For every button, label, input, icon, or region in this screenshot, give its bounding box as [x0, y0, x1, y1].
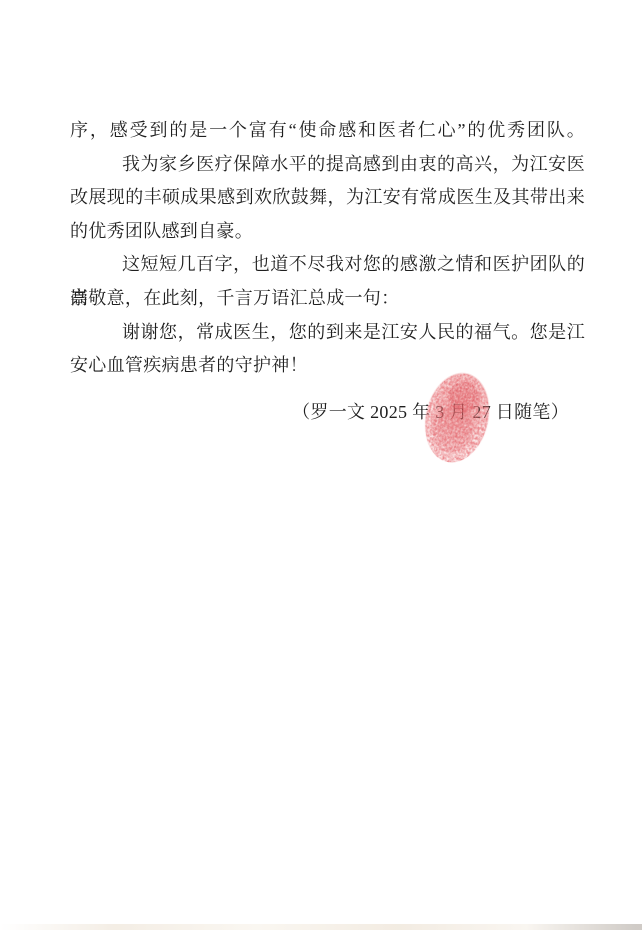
- text-line: 我为家乡医疗保障水平的提高感到由衷的高兴，为江安医: [70, 148, 585, 182]
- text-line: 谢谢您，常成医生，您的到来是江安人民的福气。您是江: [70, 316, 585, 350]
- letter-body: 序，感受到的是一个富有“使命感和医者仁心”的优秀团队。 我为家乡医疗保障水平的提…: [70, 114, 585, 429]
- text-line: 这短短几百字，也道不尽我对您的感激之情和医护团队的崇: [70, 248, 585, 282]
- text-line: 高敬意，在此刻，千言万语汇总成一句：: [70, 282, 585, 316]
- scanned-letter-page: 序，感受到的是一个富有“使命感和医者仁心”的优秀团队。 我为家乡医疗保障水平的提…: [0, 0, 642, 930]
- text-line: 的优秀团队感到自豪。: [70, 215, 585, 249]
- text-line: 改展现的丰硕成果感到欢欣鼓舞，为江安有常成医生及其带出来: [70, 181, 585, 215]
- text-line: 序，感受到的是一个富有“使命感和医者仁心”的优秀团队。: [70, 114, 585, 148]
- signature-line: （罗一文 2025 年 3 月 27 日随笔）: [70, 396, 585, 430]
- text-line: 安心血管疾病患者的守护神！: [70, 349, 585, 383]
- scan-edge-artifact: [0, 924, 642, 930]
